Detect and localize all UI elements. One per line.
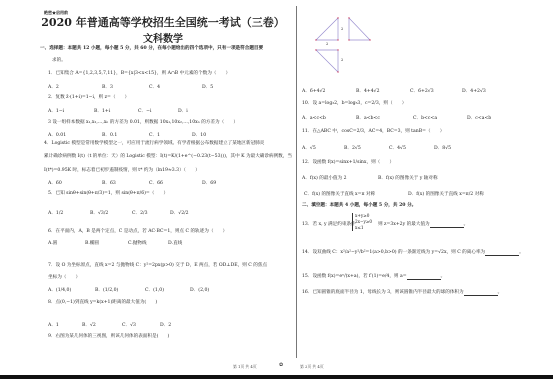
- q9-option-a: A．6+4√2: [302, 88, 325, 94]
- question-4-stem-2: 累计确诊病例数 I(t)（t 的单位：天）的 Logistic 模型：I(t)=…: [44, 154, 292, 160]
- q11-option-d: D．8√5: [434, 145, 451, 151]
- q10-option-c: C．b<c<a: [413, 115, 437, 121]
- q10-option-d: D．c<a<b: [467, 115, 491, 121]
- q7-option-d: D．(2,0): [190, 287, 209, 293]
- q13-constraint-system: x+y≥0 2x−y≥0 x≤1: [352, 213, 372, 231]
- question-5-stem: 5．已知 sinθ+sin(θ+π/3)=1，则 sin(θ+π/6)=（ ）: [48, 191, 168, 197]
- section1-heading-cont: 求的。: [52, 58, 66, 64]
- question-6-stem: 6．在平面内，A，B 是两个定点，C 是动点，若 AC·BC=1，则点 C 的轨…: [48, 229, 227, 235]
- q6-option-b: B.椭圆: [85, 240, 99, 246]
- q13-answer-blank[interactable]: [430, 223, 464, 228]
- q4-option-d: D．69: [202, 180, 216, 186]
- question-16-stem: 16．已知圆锥的底面半径为 1，母线长为 3，则该圆锥内半径最大的球的体积为。: [302, 290, 502, 296]
- question-3-stem: 3 设一组样本数据 x₁,x₂,…,xₙ 的方差为 0.01，则数据 10x₁,…: [48, 120, 238, 126]
- q4-option-a: A．60: [48, 180, 62, 186]
- q2-option-c: C．−i: [138, 108, 151, 114]
- section1-heading: 一、选择题：本题共 12 小题，每小题 5 分，共 60 分，在每小题给出的四个…: [40, 46, 263, 52]
- q2-option-b: B．1+i: [94, 108, 110, 114]
- question-2-stem: 2．复数 z̄·(1+i)=1−i，则 z=（ ）: [48, 95, 129, 101]
- q4-option-c: C．66: [149, 180, 163, 186]
- q10-option-a: A．a<c<b: [302, 115, 326, 121]
- q8-option-c: C．√3: [122, 322, 136, 328]
- q6-option-c: C.抛物线: [128, 240, 147, 246]
- question-11-stem: 11．在△ABC 中，cosC=2/3，AC=4，BC=3，则 tanB=（ ）: [302, 129, 444, 135]
- q11-option-c: C．4√5: [389, 145, 406, 151]
- q8-option-a: A．1: [48, 322, 59, 328]
- q16-answer-blank[interactable]: [464, 291, 498, 296]
- q7-option-b: B．(1/2,0): [95, 287, 118, 293]
- question-12-stem: 12．设函数 f(x)=sinx+1/sinx，则（ ）: [302, 160, 394, 166]
- q9-option-b: B．4+4√2: [356, 88, 380, 94]
- q1-option-c: C．4: [149, 84, 160, 90]
- q3-option-c: C．1: [149, 132, 160, 138]
- q3-option-a: A．0.01: [48, 132, 66, 138]
- q1-option-b: B．3: [102, 84, 113, 90]
- q1-option-a: A．2: [48, 84, 59, 90]
- question-14-stem: 14．设双曲线 C：x²/a²−y²/b²=1(a>0,b>0) 的一条渐近线为…: [302, 250, 524, 256]
- page-number-left: 第 1页 共 4页: [233, 364, 257, 370]
- page-number-right: 第 2页 共 4页: [300, 364, 324, 370]
- q2-option-d: D．i: [178, 108, 188, 114]
- q5-option-c: C．2/3: [132, 210, 148, 216]
- question-7-stem-2: 坐标为（ ）: [48, 275, 80, 281]
- q3-option-d: D．10: [192, 132, 206, 138]
- q15-answer-blank[interactable]: [407, 275, 441, 280]
- question-13-stem-b: 则 z=3x+2y 的最大值为。: [378, 222, 468, 228]
- q10-option-b: B．a<b<c: [356, 115, 380, 121]
- q6-option-d: D.直线: [168, 240, 182, 246]
- q8-option-d: D．2: [160, 322, 171, 328]
- exam-subtitle: 文科数学: [40, 30, 286, 45]
- question-4-stem: 4．Logistic 模型是常用数学模型之一，可应用于流行病学领域。有学者根据公…: [44, 141, 264, 147]
- q12-option-d: D．f(x) 的图像关于直线 x=π/2 对称: [408, 191, 484, 197]
- q5-option-b: B．√3/2: [90, 210, 108, 216]
- gear-icon[interactable]: ✿: [279, 362, 283, 368]
- q5-option-a: A．1/2: [48, 210, 63, 216]
- q12-option-b: B．f(x) 的图像关于 y 轴对称: [378, 175, 438, 181]
- q9-option-c: C．6+2√3: [410, 88, 434, 94]
- q7-option-a: A．(1/4,0): [48, 287, 71, 293]
- question-8-stem: 8．点(0,−1)到直线 y=k(x+1)距离的最大值为( ): [48, 300, 157, 306]
- question-1-stem: 1．已知集合 A={1,2,3,5,7,11}，B={x|3<x<15}，则 A…: [48, 71, 230, 77]
- section2-heading: 二、填空题：本题共 4 小题，每小题 5 分，共 20 分。: [302, 203, 416, 209]
- q6-option-a: A.圆: [48, 240, 57, 246]
- q13-constraint-3: x≤1: [355, 225, 372, 231]
- q11-option-b: B．2√5: [344, 145, 361, 151]
- q3-option-b: B．0.1: [102, 132, 117, 138]
- q9-option-d: D．4+2√3: [462, 88, 486, 94]
- q1-option-d: D．5: [202, 84, 213, 90]
- question-15-stem: 15．设函数 f(x)=eˣ/(x+a)，若 f′(1)=e/4，则 a=。: [302, 274, 445, 280]
- q8-option-b: B．√2: [82, 322, 96, 328]
- q5-option-d: D．√2/2: [170, 210, 189, 216]
- q7-option-c: C．(1,0): [145, 287, 164, 293]
- figure-label-width: 2: [326, 42, 328, 46]
- question-9-stem: 9．右图为某几何体的三视图，则该几何体的表面积是( ): [48, 334, 169, 340]
- figure-label-top-depth: 2: [341, 58, 343, 62]
- q4-option-b: B．63: [102, 180, 116, 186]
- q12-option-a: A．f(x) 的最小值为 2: [302, 175, 347, 181]
- bottom-border: [0, 375, 553, 379]
- q12-option-c: C．f(x) 的图像关于直线 x=π 对称: [304, 191, 375, 197]
- exam-title: 2020 年普通高等学校招生全国统一考试（三卷）: [40, 14, 286, 30]
- q11-option-a: A．√5: [302, 145, 316, 151]
- three-view-figure: [310, 14, 380, 80]
- question-13-stem: 13．若 x, y 满足约束条件: [302, 222, 356, 228]
- q14-answer-blank[interactable]: [485, 251, 519, 256]
- figure-label-front-height: 2: [341, 27, 343, 31]
- question-7-stem: 7．设 O 为坐标原点，直线 x=2 与抛物线 C：y²=2px(p>0) 交于…: [48, 263, 267, 269]
- page-divider: [296, 6, 297, 358]
- question-10-stem: 10．设 a=log₃2，b=log₅3，c=2/3，则（ ）: [302, 101, 406, 107]
- q2-option-a: A．1−i: [48, 108, 64, 114]
- question-4-stem-3: I(t*)=0.95K 时，标志着已初步遏制疫情，则 t* 约为（ln19≈3.…: [44, 168, 200, 174]
